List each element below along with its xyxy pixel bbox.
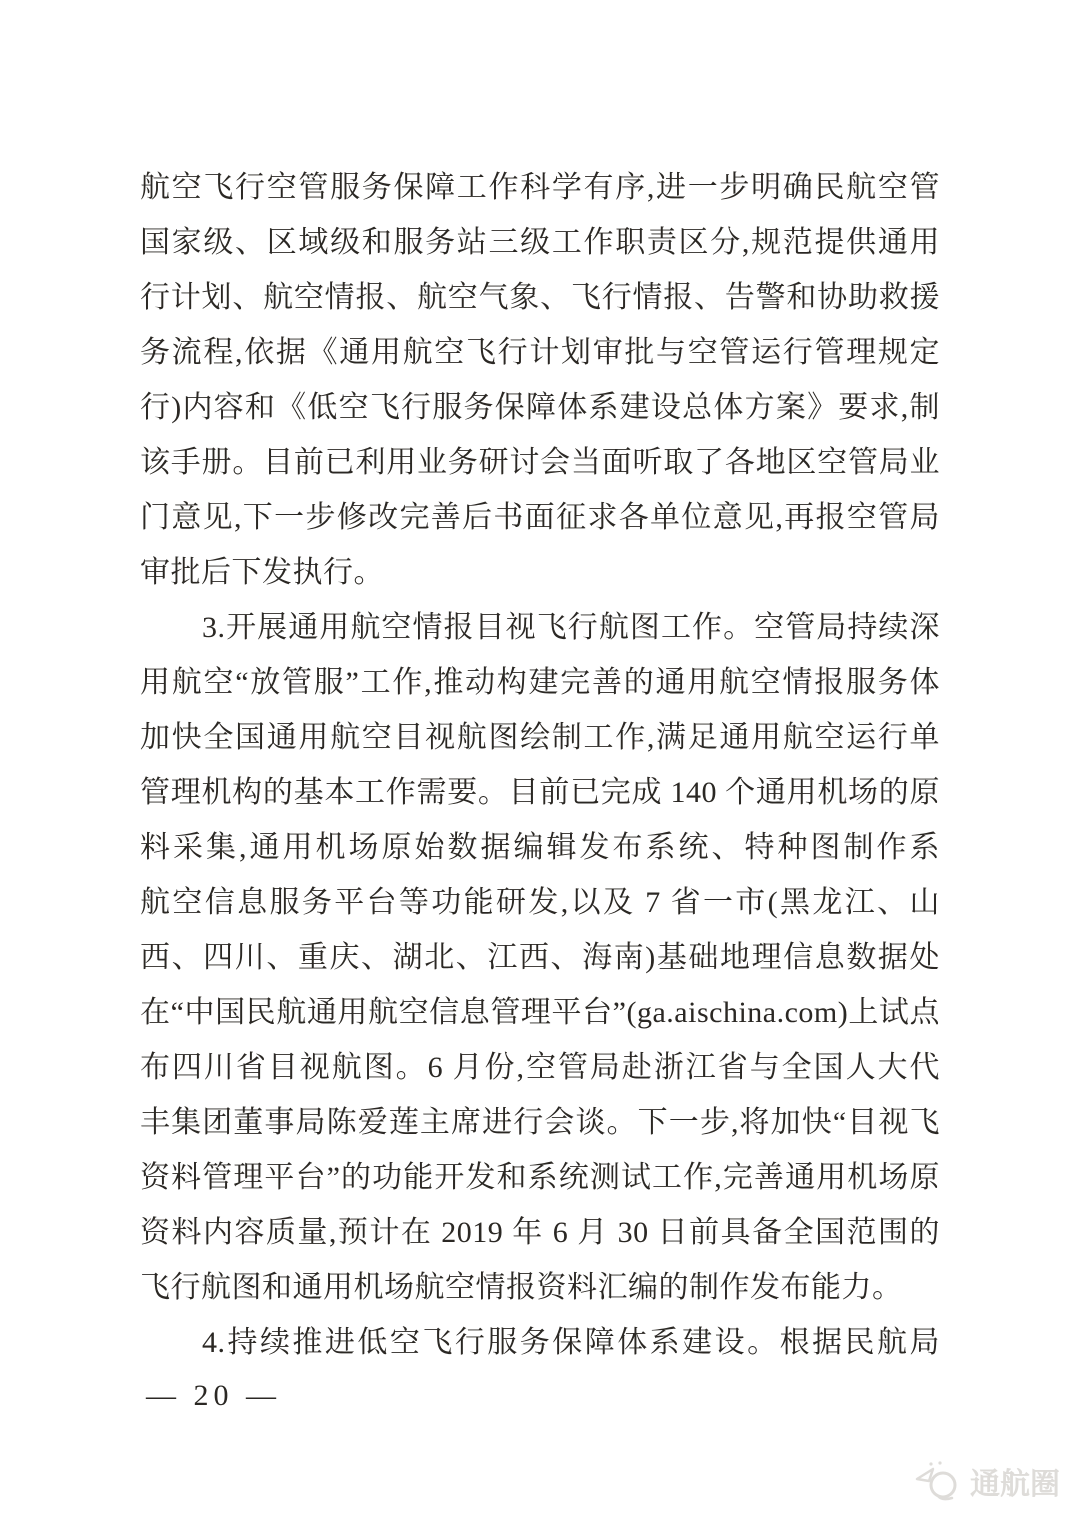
text-line: 审批后下发执行。 — [140, 545, 940, 600]
text-line: 管理机构的基本工作需要。目前已完成 140 个通用机场的原始资 — [140, 765, 940, 820]
text-line: 用航空“放管服”工作,推动构建完善的通用航空情报服务体系, — [140, 655, 940, 710]
text-line: 加快全国通用航空目视航图绘制工作,满足通用航空运行单位和 — [140, 710, 940, 765]
text-line: 4.持续推进低空飞行服务保障体系建设。根据民航局《低空 — [140, 1315, 940, 1370]
document-page: 航空飞行空管服务保障工作科学有序,进一步明确民航空管系统国家级、区域级和服务站三… — [0, 0, 1080, 1527]
paper-plane-circle-icon — [914, 1458, 964, 1504]
text-line: 门意见,下一步修改完善后书面征求各单位意见,再报空管局领导 — [140, 490, 940, 545]
page-number: — 20 — — [146, 1368, 281, 1423]
document-body: 航空飞行空管服务保障工作科学有序,进一步明确民航空管系统国家级、区域级和服务站三… — [140, 160, 940, 1370]
text-line: 该手册。目前已利用业务研讨会当面听取了各地区空管局业务部 — [140, 435, 940, 490]
text-line: 行)内容和《低空飞行服务保障体系建设总体方案》要求,制定了 — [140, 380, 940, 435]
watermark-label: 通航圈 — [970, 1459, 1060, 1503]
text-line: 国家级、区域级和服务站三级工作职责区分,规范提供通用航空飞 — [140, 215, 940, 270]
text-line: 料采集,通用机场原始数据编辑发布系统、特种图制作系统、通用 — [140, 820, 940, 875]
text-line: 丰集团董事局陈爱莲主席进行会谈。下一步,将加快“目视飞行 — [140, 1095, 940, 1150]
text-line: 3.开展通用航空情报目视飞行航图工作。空管局持续深化通 — [140, 600, 940, 655]
text-line: 行计划、航空情报、航空气象、飞行情报、告警和协助救援等服务业 — [140, 270, 940, 325]
text-line: 飞行航图和通用机场航空情报资料汇编的制作发布能力。 — [140, 1260, 940, 1315]
text-line: 在“中国民航通用航空信息管理平台”(ga.aischina.com)上试点发 — [140, 985, 940, 1040]
text-line: 资料管理平台”的功能开发和系统测试工作,完善通用机场原始 — [140, 1150, 940, 1205]
text-line: 航空信息服务平台等功能研发,以及 7 省一市(黑龙江、山西、陕 — [140, 875, 940, 930]
text-line: 务流程,依据《通用航空飞行计划审批与空管运行管理规定(试 — [140, 325, 940, 380]
text-line: 布四川省目视航图。6 月份,空管局赴浙江省与全国人大代表、万 — [140, 1040, 940, 1095]
text-line: 西、四川、重庆、湖北、江西、海南)基础地理信息数据处理工作并 — [140, 930, 940, 985]
text-line: 资料内容质量,预计在 2019 年 6 月 30 日前具备全国范围的目视 — [140, 1205, 940, 1260]
watermark: 通航圈 — [914, 1458, 1060, 1504]
text-line: 航空飞行空管服务保障工作科学有序,进一步明确民航空管系统 — [140, 160, 940, 215]
